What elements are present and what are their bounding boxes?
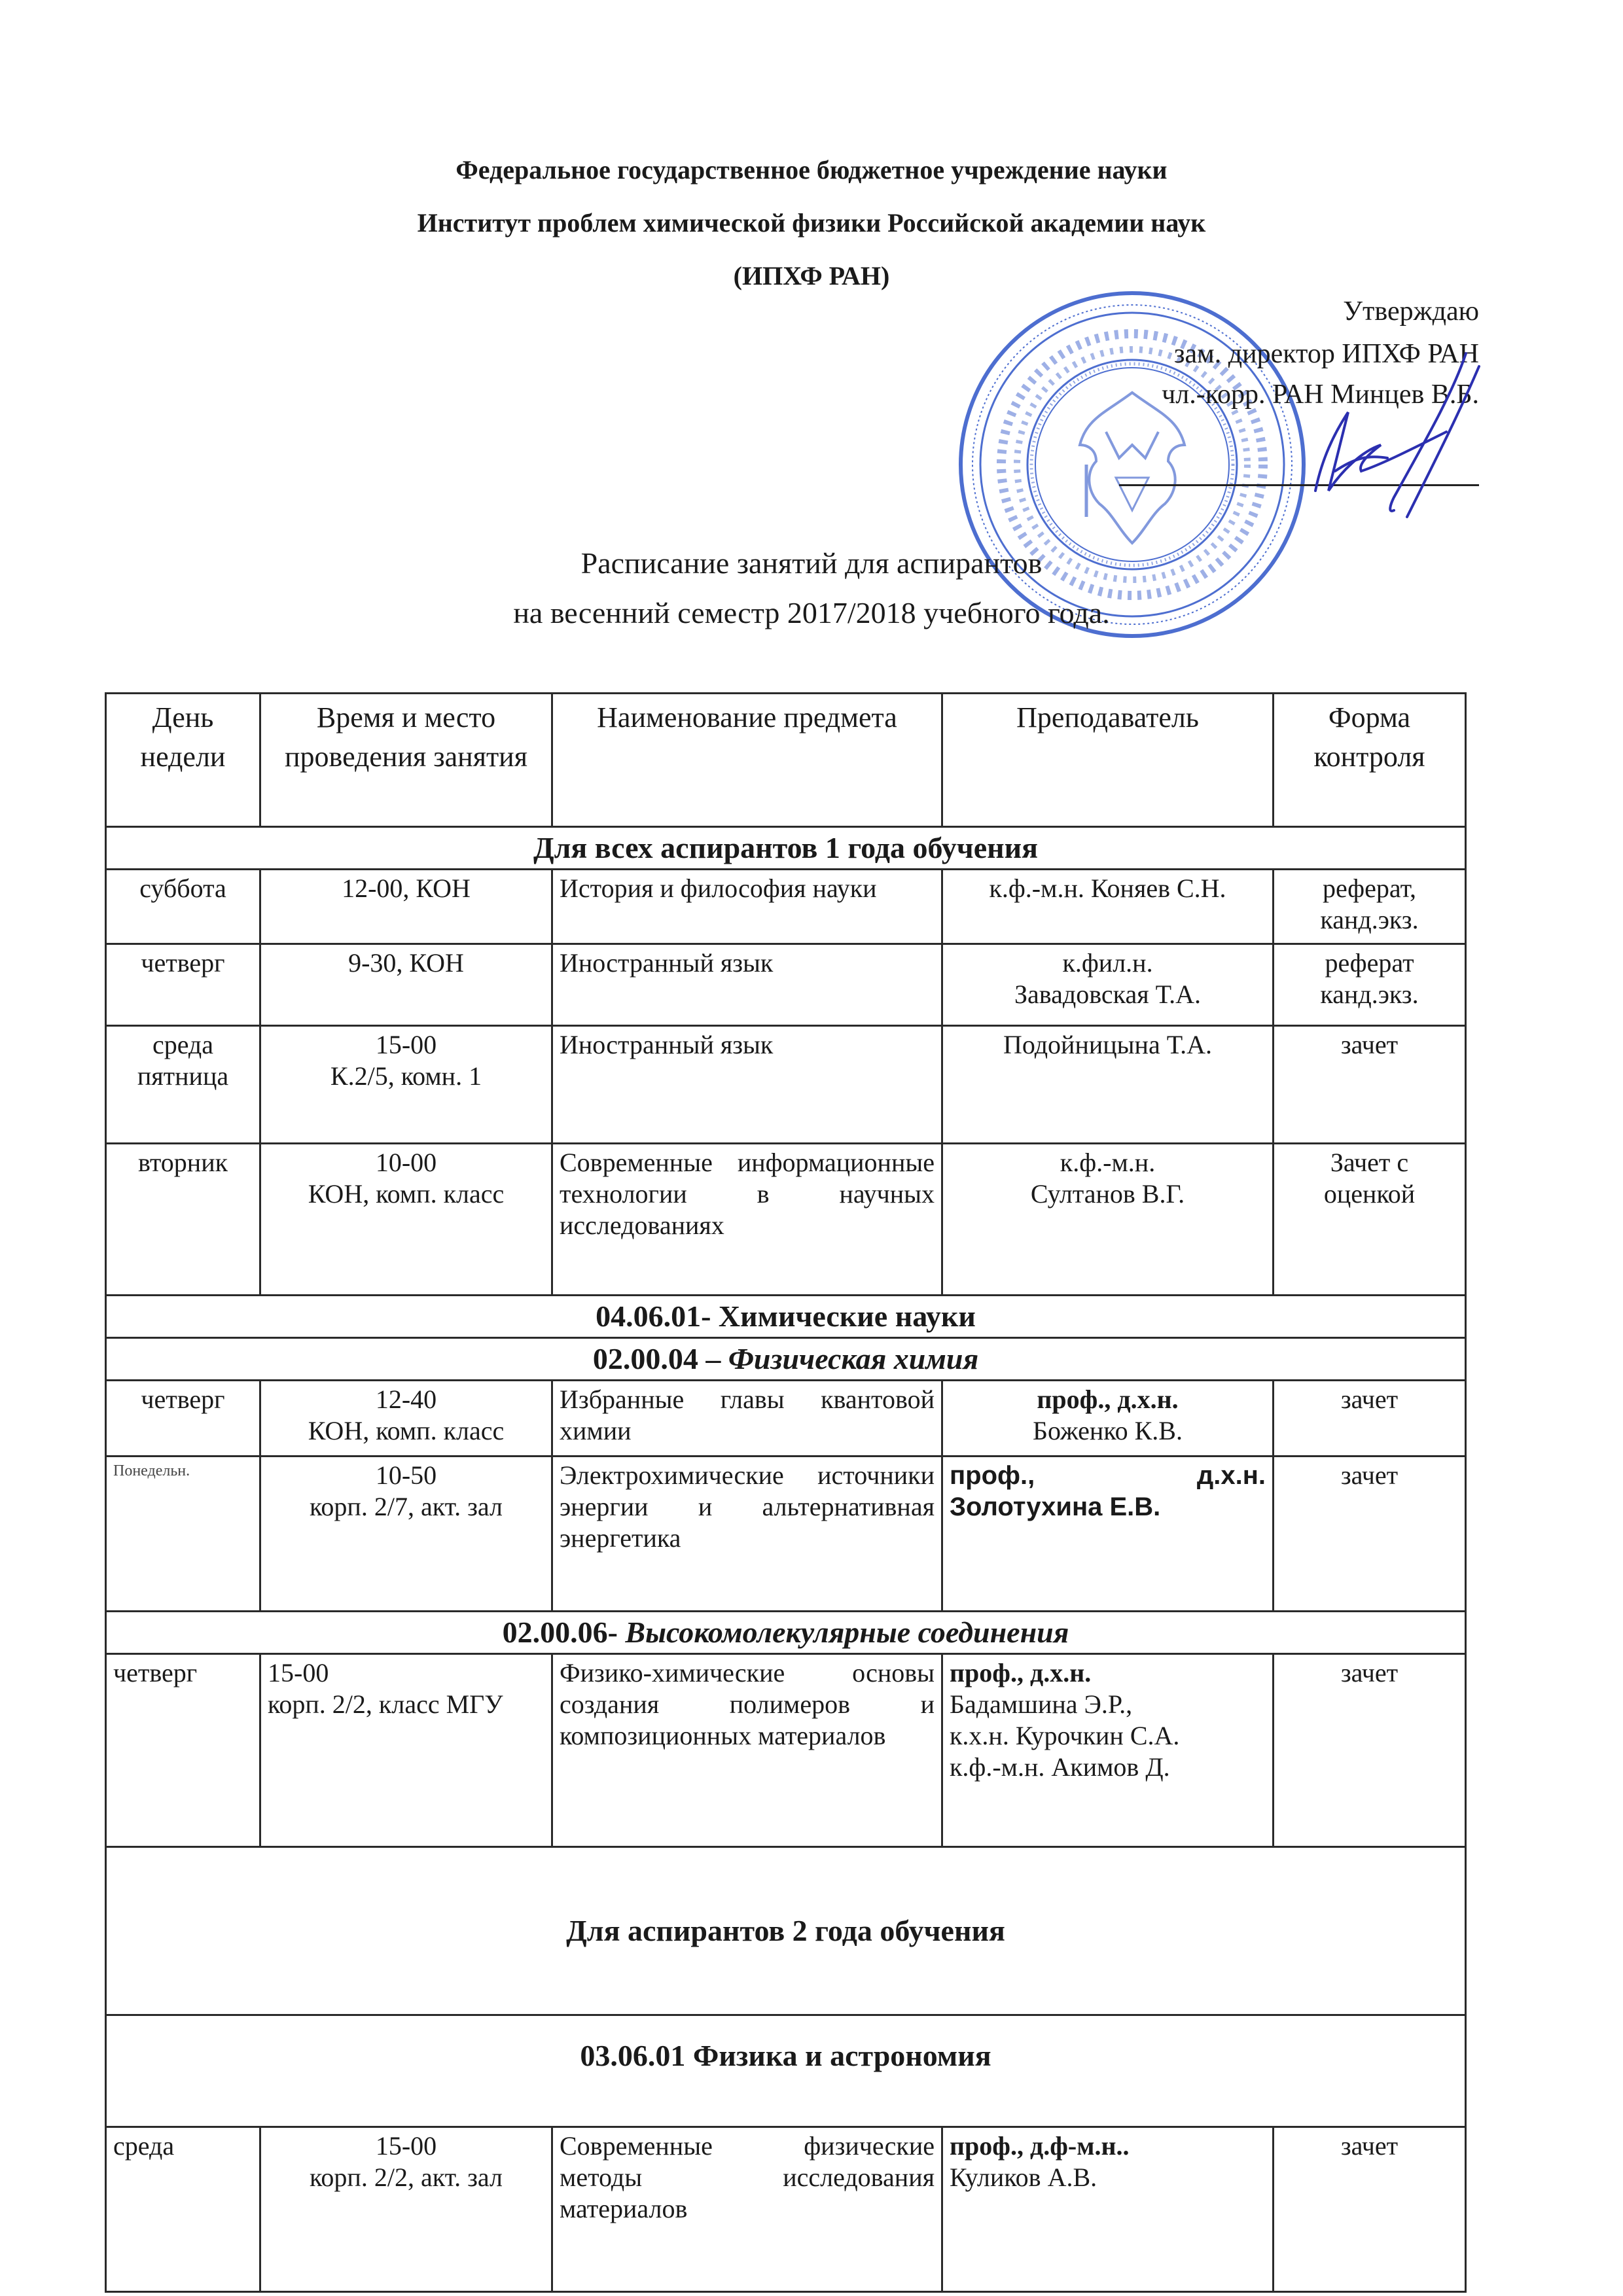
section-title: 02.00.04 – Физическая химия: [106, 1338, 1466, 1381]
control-text: зачет: [1281, 1029, 1458, 1061]
teacher-cell: к.фил.н.Завадовская Т.А.: [942, 944, 1274, 1026]
day-cell: среда: [106, 2127, 260, 2292]
day-cell: суббота: [106, 870, 260, 944]
control-text: зачет: [1281, 1460, 1458, 1491]
teacher-degree: к.ф.-м.н.: [950, 1147, 1266, 1178]
table-row: среда 15-00корп. 2/2, акт. зал Современн…: [106, 2127, 1466, 2292]
section-row: 02.00.04 – Физическая химия: [106, 1338, 1466, 1381]
teacher-text: Завадовская Т.А.: [950, 979, 1266, 1010]
table-row: Понедельн. 10-50корп. 2/7, акт. зал Элек…: [106, 1457, 1466, 1612]
subject-cell: История и философия науки: [552, 870, 942, 944]
time-place-cell: 12-40КОН, комп. класс: [260, 1381, 552, 1457]
control-text: зачет: [1281, 2130, 1458, 2162]
time-text: 9-30, КОН: [268, 947, 544, 979]
subject-cell: Иностранный язык: [552, 944, 942, 1026]
control-cell: зачет: [1274, 2127, 1466, 2292]
control-cell: зачет: [1274, 1381, 1466, 1457]
time-text: 10-00: [268, 1147, 544, 1178]
section-name: Физическая химия: [728, 1342, 978, 1375]
place-text: КОН, комп. класс: [268, 1178, 544, 1210]
day-cell: четверг: [106, 1654, 260, 1847]
time-place-cell: 15-00корп. 2/2, класс МГУ: [260, 1654, 552, 1847]
subject-cell: Современные информационные технологии в …: [552, 1144, 942, 1296]
time-place-cell: 12-00, КОН: [260, 870, 552, 944]
control-text: канд.экз.: [1281, 904, 1458, 936]
section-code: 02.00.04 –: [593, 1342, 728, 1375]
column-header-day: День недели: [106, 694, 260, 827]
subject-cell: Современные физические методы исследован…: [552, 2127, 942, 2292]
time-text: 10-50: [268, 1460, 544, 1491]
signature-icon: [1296, 340, 1492, 537]
control-cell: Зачет соценкой: [1274, 1144, 1466, 1296]
control-cell: зачет: [1274, 1654, 1466, 1847]
place-text: корп. 2/7, акт. зал: [268, 1491, 544, 1523]
teacher-text: Золотухина Е.В.: [950, 1491, 1266, 1523]
control-text: Зачет с: [1281, 1147, 1458, 1178]
control-text: оценкой: [1281, 1178, 1458, 1210]
section-title: 02.00.06- Высокомолекулярные соединения: [106, 1612, 1466, 1654]
section-title: Для аспирантов 2 года обучения: [106, 1847, 1466, 2015]
organization-abbreviation: (ИПХФ РАН): [0, 258, 1623, 294]
column-header-teacher: Преподаватель: [942, 694, 1274, 827]
section-row: 02.00.06- Высокомолекулярные соединения: [106, 1612, 1466, 1654]
control-text: реферат: [1281, 947, 1458, 979]
section-title: 03.06.01 Физика и астрономия: [106, 2015, 1466, 2127]
teacher-degree: проф., д.х.н.: [950, 1657, 1266, 1689]
day-cell: среда пятница: [106, 1026, 260, 1144]
teacher-text: Подойницына Т.А.: [950, 1029, 1266, 1061]
subject-cell: Избранные главы квантовой химии: [552, 1381, 942, 1457]
time-text: 12-00, КОН: [268, 873, 544, 904]
time-place-cell: 10-50корп. 2/7, акт. зал: [260, 1457, 552, 1612]
time-place-cell: 15-00корп. 2/2, акт. зал: [260, 2127, 552, 2292]
section-row: 03.06.01 Физика и астрономия: [106, 2015, 1466, 2127]
table-header-row: День недели Время и место проведения зан…: [106, 694, 1466, 827]
time-text: 12-40: [268, 1384, 544, 1415]
teacher-cell: к.ф.-м.н. Коняев С.Н.: [942, 870, 1274, 944]
teacher-degree: проф., д.х.н.: [950, 1384, 1266, 1415]
section-row: Для аспирантов 2 года обучения: [106, 1847, 1466, 2015]
subject-cell: Иностранный язык: [552, 1026, 942, 1144]
teacher-cell: Подойницына Т.А.: [942, 1026, 1274, 1144]
table-row: четверг 9-30, КОН Иностранный язык к.фил…: [106, 944, 1466, 1026]
place-text: К.2/5, комн. 1: [268, 1061, 544, 1092]
schedule-title: Расписание занятий для аспирантов: [0, 544, 1623, 582]
control-cell: зачет: [1274, 1026, 1466, 1144]
teacher-cell: проф., д.х.н.Бадамшина Э.Р.,к.х.н. Куроч…: [942, 1654, 1274, 1847]
control-text: канд.экз.: [1281, 979, 1458, 1010]
teacher-cell: проф.,д.х.н.Золотухина Е.В.: [942, 1457, 1274, 1612]
teacher-cell: проф., д.ф-м.н..Куликов А.В.: [942, 2127, 1274, 2292]
teacher-cell: проф., д.х.н.Боженко К.В.: [942, 1381, 1274, 1457]
teacher-text: к.х.н. Курочкин С.А.: [950, 1720, 1266, 1752]
column-header-time-place: Время и место проведения занятия: [260, 694, 552, 827]
subject-cell: Физико-химические основы создания полиме…: [552, 1654, 942, 1847]
section-row: 04.06.01- Химические науки: [106, 1296, 1466, 1338]
organization-name-line1: Федеральное государственное бюджетное уч…: [0, 152, 1623, 188]
teacher-text: к.ф.-м.н. Коняев С.Н.: [950, 873, 1266, 904]
place-text: корп. 2/2, класс МГУ: [268, 1689, 544, 1720]
table-row: вторник 10-00КОН, комп. класс Современны…: [106, 1144, 1466, 1296]
schedule-subtitle: на весенний семестр 2017/2018 учебного г…: [0, 594, 1623, 632]
section-code: 02.00.06-: [503, 1616, 626, 1649]
control-text: зачет: [1281, 1384, 1458, 1415]
time-place-cell: 9-30, КОН: [260, 944, 552, 1026]
section-name: Высокомолекулярные соединения: [625, 1616, 1069, 1649]
day-cell: вторник: [106, 1144, 260, 1296]
control-text: зачет: [1281, 1657, 1458, 1689]
column-header-subject: Наименование предмета: [552, 694, 942, 827]
teacher-degree: проф.,д.х.н.: [950, 1460, 1266, 1491]
approval-label: Утверждаю: [1343, 294, 1479, 328]
teacher-text: Куликов А.В.: [950, 2162, 1266, 2193]
table-row: четверг 15-00корп. 2/2, класс МГУ Физико…: [106, 1654, 1466, 1847]
time-place-cell: 10-00КОН, комп. класс: [260, 1144, 552, 1296]
day-cell: Понедельн.: [106, 1457, 260, 1612]
time-text: 15-00: [268, 1657, 544, 1689]
teacher-text: Бадамшина Э.Р.,: [950, 1689, 1266, 1720]
control-cell: реферат,канд.экз.: [1274, 870, 1466, 944]
schedule-table: День недели Время и место проведения зан…: [105, 692, 1467, 2293]
control-cell: зачет: [1274, 1457, 1466, 1612]
teacher-text: Султанов В.Г.: [950, 1178, 1266, 1210]
teacher-degree: к.фил.н.: [950, 947, 1266, 979]
section-row: Для всех аспирантов 1 года обучения: [106, 827, 1466, 870]
teacher-cell: к.ф.-м.н.Султанов В.Г.: [942, 1144, 1274, 1296]
table-row: суббота 12-00, КОН История и философия н…: [106, 870, 1466, 944]
day-cell: четверг: [106, 1381, 260, 1457]
control-cell: рефератканд.экз.: [1274, 944, 1466, 1026]
table-row: среда пятница 15-00К.2/5, комн. 1 Иностр…: [106, 1026, 1466, 1144]
time-text: 15-00: [268, 1029, 544, 1061]
teacher-text: Боженко К.В.: [950, 1415, 1266, 1447]
place-text: корп. 2/2, акт. зал: [268, 2162, 544, 2193]
control-text: реферат,: [1281, 873, 1458, 904]
section-title: 04.06.01- Химические науки: [106, 1296, 1466, 1338]
day-cell: четверг: [106, 944, 260, 1026]
section-title: Для всех аспирантов 1 года обучения: [106, 827, 1466, 870]
table-row: четверг 12-40КОН, комп. класс Избранные …: [106, 1381, 1466, 1457]
subject-cell: Электрохимические источники энергии и ал…: [552, 1457, 942, 1612]
time-place-cell: 15-00К.2/5, комн. 1: [260, 1026, 552, 1144]
teacher-text: к.ф.-м.н. Акимов Д.: [950, 1752, 1266, 1783]
column-header-control-form: Форма контроля: [1274, 694, 1466, 827]
place-text: КОН, комп. класс: [268, 1415, 544, 1447]
time-text: 15-00: [268, 2130, 544, 2162]
organization-name-line2: Институт проблем химической физики Росси…: [0, 205, 1623, 241]
teacher-degree: проф., д.ф-м.н..: [950, 2130, 1266, 2162]
